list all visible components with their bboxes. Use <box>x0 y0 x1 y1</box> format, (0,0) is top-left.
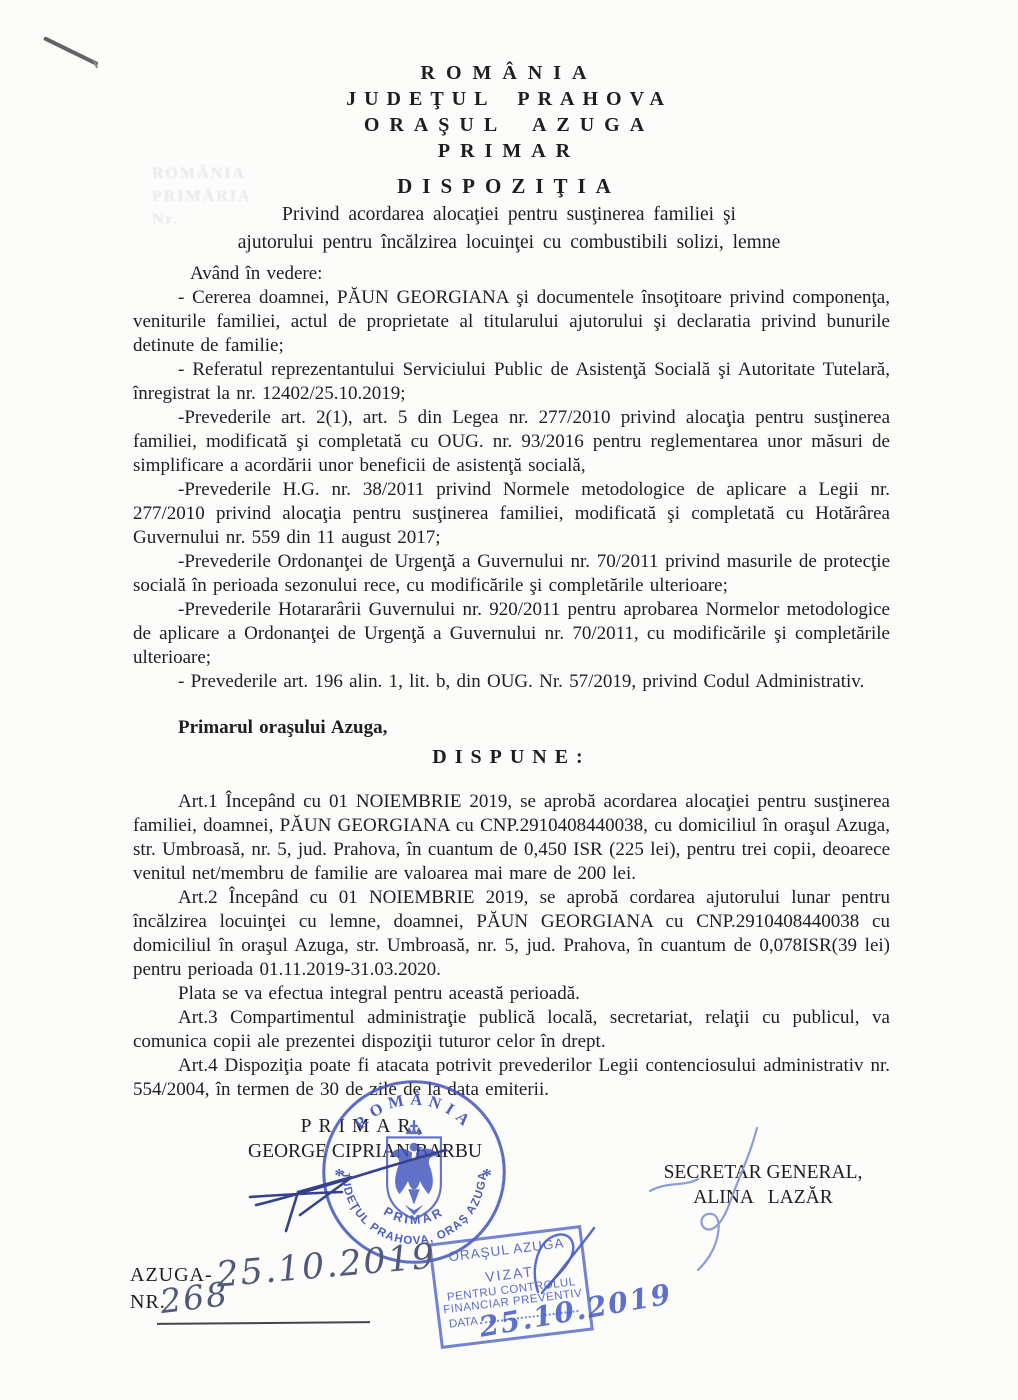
stamp-office-arc-text: PRIMAR <box>381 1204 446 1227</box>
document-body: Având în vedere: - Cererea doamnei, PĂUN… <box>133 262 890 1102</box>
scanned-document-page: ROMÂNIA PRIMĂRIA Nr. ROMÂNIA JUDEŢUL PRA… <box>0 0 1018 1400</box>
article-paragraph: Art.1 Începând cu 01 NOIEMBRIE 2019, se … <box>133 790 890 886</box>
consideration-paragraph: -Prevederile H.G. nr. 38/2011 privind No… <box>133 478 890 550</box>
coat-of-arms-emblem <box>387 1120 441 1219</box>
secretary-title: SECRETAR GENERAL, <box>648 1160 878 1185</box>
article-paragraph: Art.2 Începând cu 01 NOIEMBRIE 2019, se … <box>133 886 890 982</box>
header-country: ROMÂNIA <box>0 62 1018 85</box>
consideration-paragraph: - Cererea doamnei, PĂUN GEORGIANA şi doc… <box>133 286 890 358</box>
secretary-name: ALINA LAZĂR <box>648 1185 878 1210</box>
consideration-paragraph: -Prevederile art. 2(1), art. 5 din Legea… <box>133 406 890 478</box>
stamp-star-left-icon: * <box>334 1166 344 1187</box>
stamp-data-label: DATA <box>448 1315 478 1330</box>
secretary-signature-block: SECRETAR GENERAL, ALINA LAZĂR <box>648 1160 878 1210</box>
document-header: ROMÂNIA JUDEŢUL PRAHOVA ORAŞUL AZUGA PRI… <box>0 62 1018 163</box>
header-office: PRIMAR <box>0 140 1018 163</box>
consideration-paragraph: - Referatul reprezentantului Serviciului… <box>133 358 890 406</box>
document-title: DISPOZIŢIA <box>0 174 1018 199</box>
header-county: JUDEŢUL PRAHOVA <box>0 88 1018 111</box>
stamp-star-right-icon: * <box>482 1166 492 1187</box>
consideration-paragraph: -Prevederile Ordonanţei de Urgenţă a Guv… <box>133 550 890 598</box>
footer-handwritten-date: 25.10.2019 <box>215 1236 438 1295</box>
article-paragraph: Plata se va efectua integral pentru acea… <box>133 982 890 1006</box>
document-subtitle-line1: Privind acordarea alocaţiei pentru susţi… <box>0 202 1018 227</box>
mayor-issuing-line: Primarul oraşului Azuga, <box>133 716 890 740</box>
document-title-block: DISPOZIŢIA Privind acordarea alocaţiei p… <box>0 174 1018 255</box>
consideration-paragraph: -Prevederile Hotararârii Guvernului nr. … <box>133 598 890 670</box>
article-paragraph: Art.4 Dispoziţia poate fi atacata potriv… <box>133 1054 890 1102</box>
intro-line: Având în vedere: <box>133 262 890 286</box>
svg-text:PRIMAR: PRIMAR <box>381 1204 446 1227</box>
article-paragraph: Art.3 Compartimentul administraţie publi… <box>133 1006 890 1054</box>
consideration-paragraph: - Prevederile art. 196 alin. 1, lit. b, … <box>133 670 890 694</box>
articles-section: Art.1 Începând cu 01 NOIEMBRIE 2019, se … <box>133 790 890 1102</box>
footer-handwritten-number: 268 <box>158 1274 231 1321</box>
header-town: ORAŞUL AZUGA <box>0 114 1018 137</box>
footer-number-underline <box>157 1321 370 1325</box>
document-subtitle-line2: ajutorului pentru încălzirea locuinţei c… <box>0 230 1018 255</box>
dispune-heading: DISPUNE: <box>133 745 890 769</box>
